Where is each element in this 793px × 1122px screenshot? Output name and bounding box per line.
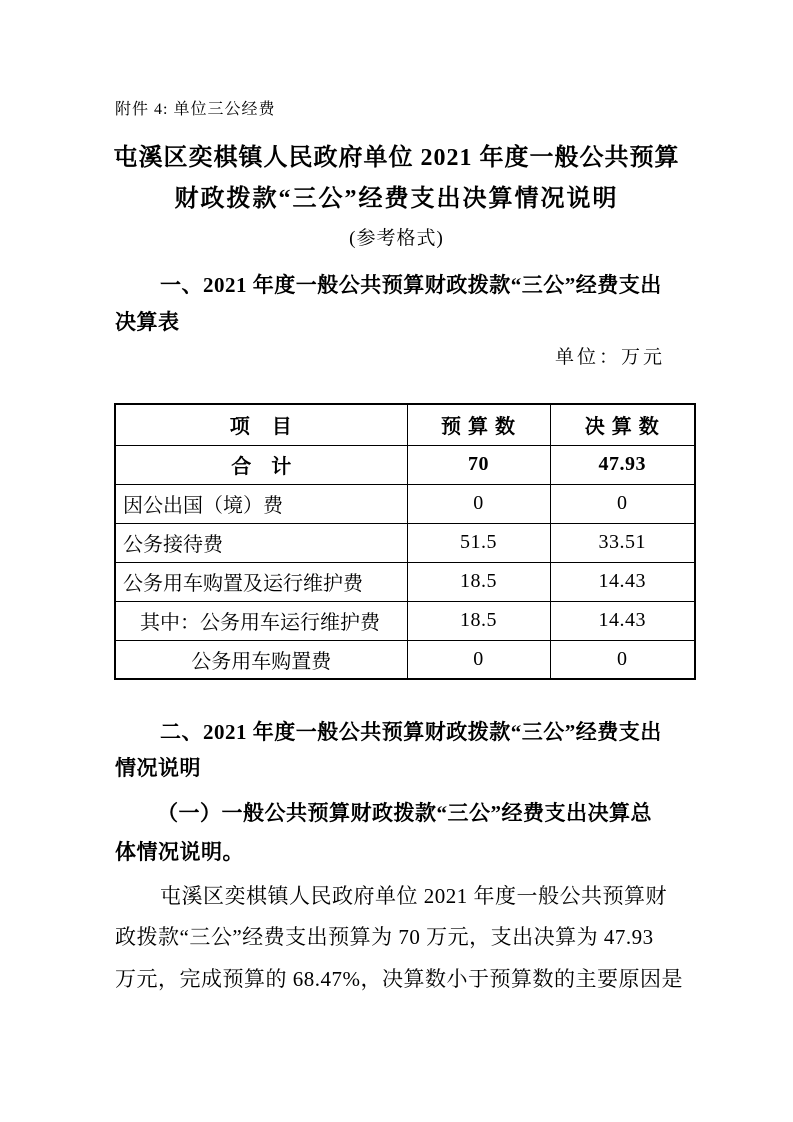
expense-table: 项 目 预 算 数 决 算 数 合 计7047.93因公出国（境）费00公务接待… [114,403,696,680]
body-paragraph-line2: 政拨款“三公”经费支出预算为 70 万元，支出决算为 47.93 [115,924,654,950]
table-cell-final: 0 [550,484,695,523]
section1-heading-line1: 一、2021 年度一般公共预算财政拨款“三公”经费支出 [115,272,662,298]
section2-heading-line2: 情况说明 [115,755,201,781]
table-row: 公务用车购置费00 [115,640,695,679]
table-cell-item: 公务接待费 [115,523,407,562]
table-row: 其中：公务用车运行维护费18.514.43 [115,601,695,640]
section2-heading-line1: 二、2021 年度一般公共预算财政拨款“三公”经费支出 [115,719,662,745]
table-header-budget: 预 算 数 [407,404,550,445]
table-row: 公务用车购置及运行维护费18.514.43 [115,562,695,601]
table-cell-item: 公务用车购置费 [115,640,407,679]
document-title-line1: 屯溪区奕棋镇人民政府单位 2021 年度一般公共预算 [0,143,793,173]
table-header-row: 项 目 预 算 数 决 算 数 [115,404,695,445]
section1-heading-line2: 决算表 [115,309,180,335]
table-cell-final: 14.43 [550,562,695,601]
table-header-final: 决 算 数 [550,404,695,445]
table-cell-budget: 0 [407,640,550,679]
table-cell-budget: 70 [407,445,550,484]
table-header-item: 项 目 [115,404,407,445]
table-cell-final: 0 [550,640,695,679]
document-subtitle: (参考格式) [0,227,793,251]
body-paragraph-line3: 万元，完成预算的 68.47%，决算数小于预算数的主要原因是 [115,966,683,992]
document-page: 附件 4: 单位三公经费 屯溪区奕棋镇人民政府单位 2021 年度一般公共预算 … [0,0,793,1122]
table-cell-budget: 18.5 [407,601,550,640]
expense-table-body: 合 计7047.93因公出国（境）费00公务接待费51.533.51公务用车购置… [115,445,695,679]
table-cell-budget: 51.5 [407,523,550,562]
document-title-line2: 财政拨款“三公”经费支出决算情况说明 [0,184,793,214]
expense-table-head: 项 目 预 算 数 决 算 数 [115,404,695,445]
body-paragraph-line1: 屯溪区奕棋镇人民政府单位 2021 年度一般公共预算财 [115,883,667,909]
table-row: 因公出国（境）费00 [115,484,695,523]
table-cell-budget: 0 [407,484,550,523]
table-cell-final: 47.93 [550,445,695,484]
section2-subheading-line1: （一）一般公共预算财政拨款“三公”经费支出决算总 [115,800,652,826]
table-cell-final: 14.43 [550,601,695,640]
table-cell-final: 33.51 [550,523,695,562]
table-cell-budget: 18.5 [407,562,550,601]
table-row: 合 计7047.93 [115,445,695,484]
table-row: 公务接待费51.533.51 [115,523,695,562]
attachment-note: 附件 4: 单位三公经费 [115,100,275,120]
table-cell-item: 因公出国（境）费 [115,484,407,523]
table-unit-note: 单位：万元 [555,346,665,370]
table-cell-item: 其中：公务用车运行维护费 [115,601,407,640]
table-cell-item: 合 计 [115,445,407,484]
section2-subheading-line2: 体情况说明。 [115,839,244,865]
table-cell-item: 公务用车购置及运行维护费 [115,562,407,601]
